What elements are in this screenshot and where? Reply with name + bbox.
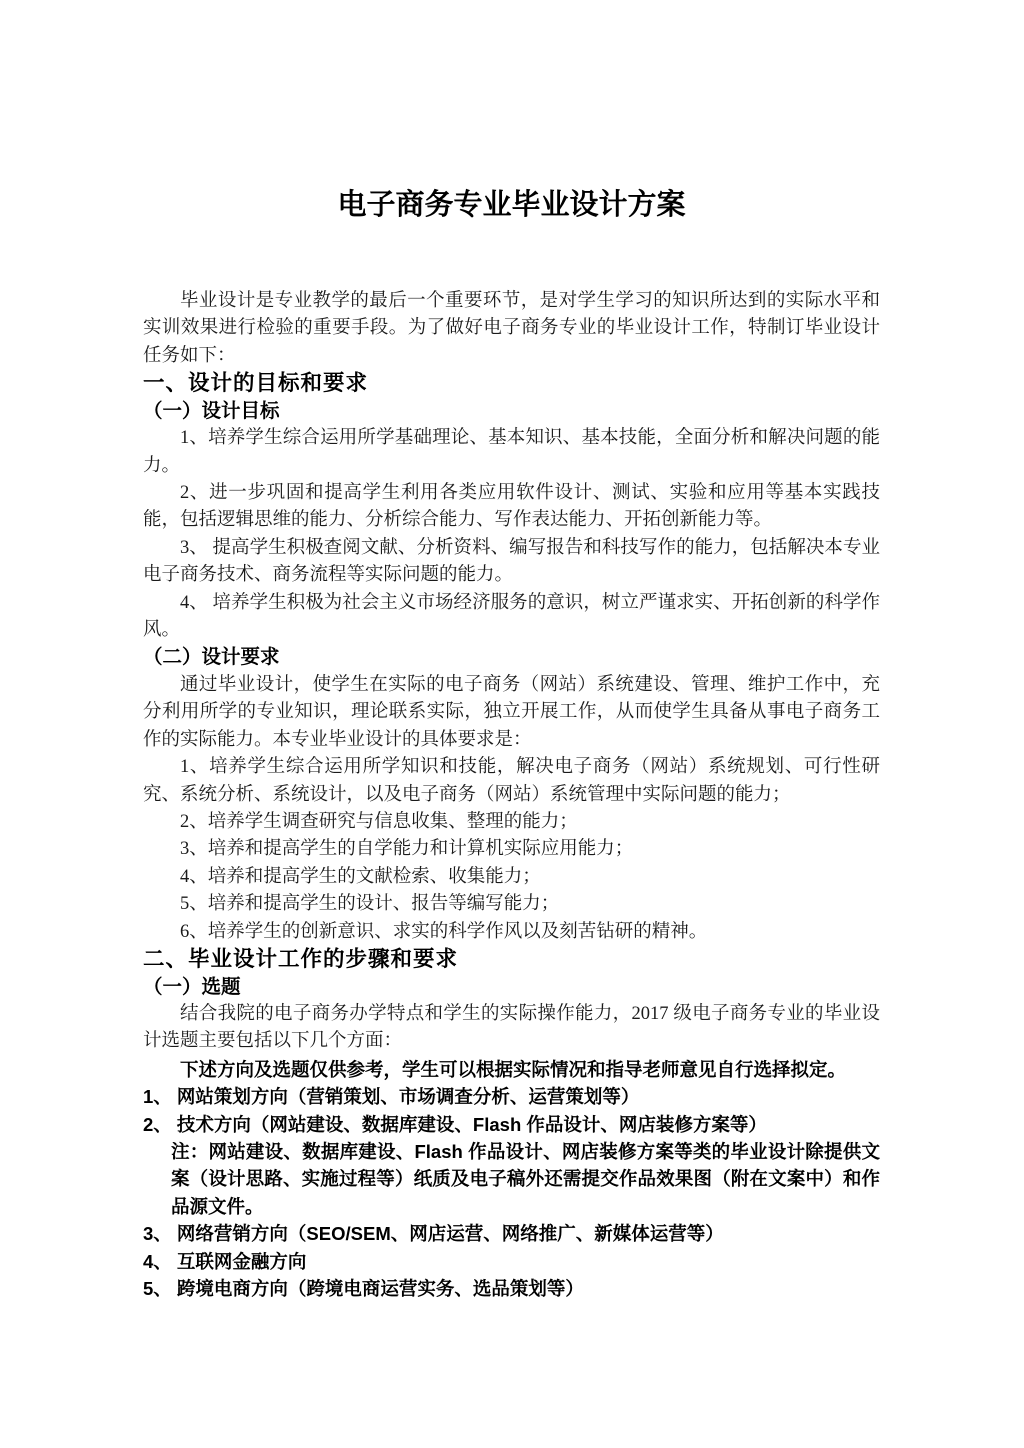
design-goal-item-1: 1、培养学生综合运用所学基础理论、基本知识、基本技能，全面分析和解决问题的能力。 [143, 425, 880, 480]
design-goal-item-4: 4、 培养学生积极为社会主义市场经济服务的意识，树立严谨求实、开拓创新的科学作风… [143, 590, 880, 645]
document-page: 电子商务专业毕业设计方案 毕业设计是专业教学的最后一个重要环节，是对学生学习的知… [0, 0, 1024, 1448]
topic-direction-5: 5、 跨境电商方向（跨境电商运营实务、选品策划等） [143, 1275, 880, 1302]
design-requirements-intro: 通过毕业设计，使学生在实际的电子商务（网站）系统建设、管理、维护工作中，充分利用… [143, 672, 880, 754]
topic-direction-4: 4、 互联网金融方向 [143, 1248, 880, 1275]
section-2-1-heading: （一）选题 [143, 974, 880, 1001]
topic-direction-1: 1、 网站策划方向（营销策划、市场调查分析、运营策划等） [143, 1083, 880, 1110]
design-goal-item-2: 2、进一步巩固和提高学生利用各类应用软件设计、测试、实验和应用等基本实践技能，包… [143, 480, 880, 535]
design-requirement-item-2: 2、培养学生调查研究与信息收集、整理的能力； [143, 809, 880, 836]
design-requirement-item-1: 1、培养学生综合运用所学知识和技能，解决电子商务（网站）系统规划、可行性研究、系… [143, 754, 880, 809]
section-1-2-heading: （二）设计要求 [143, 644, 880, 671]
doc-title: 电子商务专业毕业设计方案 [143, 185, 880, 225]
section-2-heading: 二、毕业设计工作的步骤和要求 [143, 946, 880, 974]
design-requirement-item-6: 6、培养学生的创新意识、求实的科学作风以及刻苦钻研的精神。 [143, 919, 880, 946]
design-requirement-item-4: 4、培养和提高学生的文献检索、收集能力； [143, 864, 880, 891]
topic-direction-2-note: 注：网站建设、数据库建设、Flash 作品设计、网店装修方案等类的毕业设计除提供… [171, 1138, 880, 1220]
section-1-heading: 一、设计的目标和要求 [143, 370, 880, 398]
section-1-1-heading: （一）设计目标 [143, 398, 880, 425]
topic-selection-note: 下述方向及选题仅供参考，学生可以根据实际情况和指导老师意见自行选择拟定。 [143, 1056, 880, 1083]
design-goal-item-3: 3、 提高学生积极查阅文献、分析资料、编写报告和科技写作的能力，包括解决本专业电… [143, 535, 880, 590]
design-requirement-item-3: 3、培养和提高学生的自学能力和计算机实际应用能力； [143, 836, 880, 863]
intro-paragraph: 毕业设计是专业教学的最后一个重要环节，是对学生学习的知识所达到的实际水平和实训效… [143, 288, 880, 370]
design-requirement-item-5: 5、培养和提高学生的设计、报告等编写能力； [143, 891, 880, 918]
topic-direction-3: 3、 网络营销方向（SEO/SEM、网店运营、网络推广、新媒体运营等） [143, 1220, 880, 1247]
topic-direction-2: 2、 技术方向（网站建设、数据库建设、Flash 作品设计、网店装修方案等） [143, 1111, 880, 1138]
topic-selection-intro: 结合我院的电子商务办学特点和学生的实际操作能力，2017 级电子商务专业的毕业设… [143, 1001, 880, 1056]
